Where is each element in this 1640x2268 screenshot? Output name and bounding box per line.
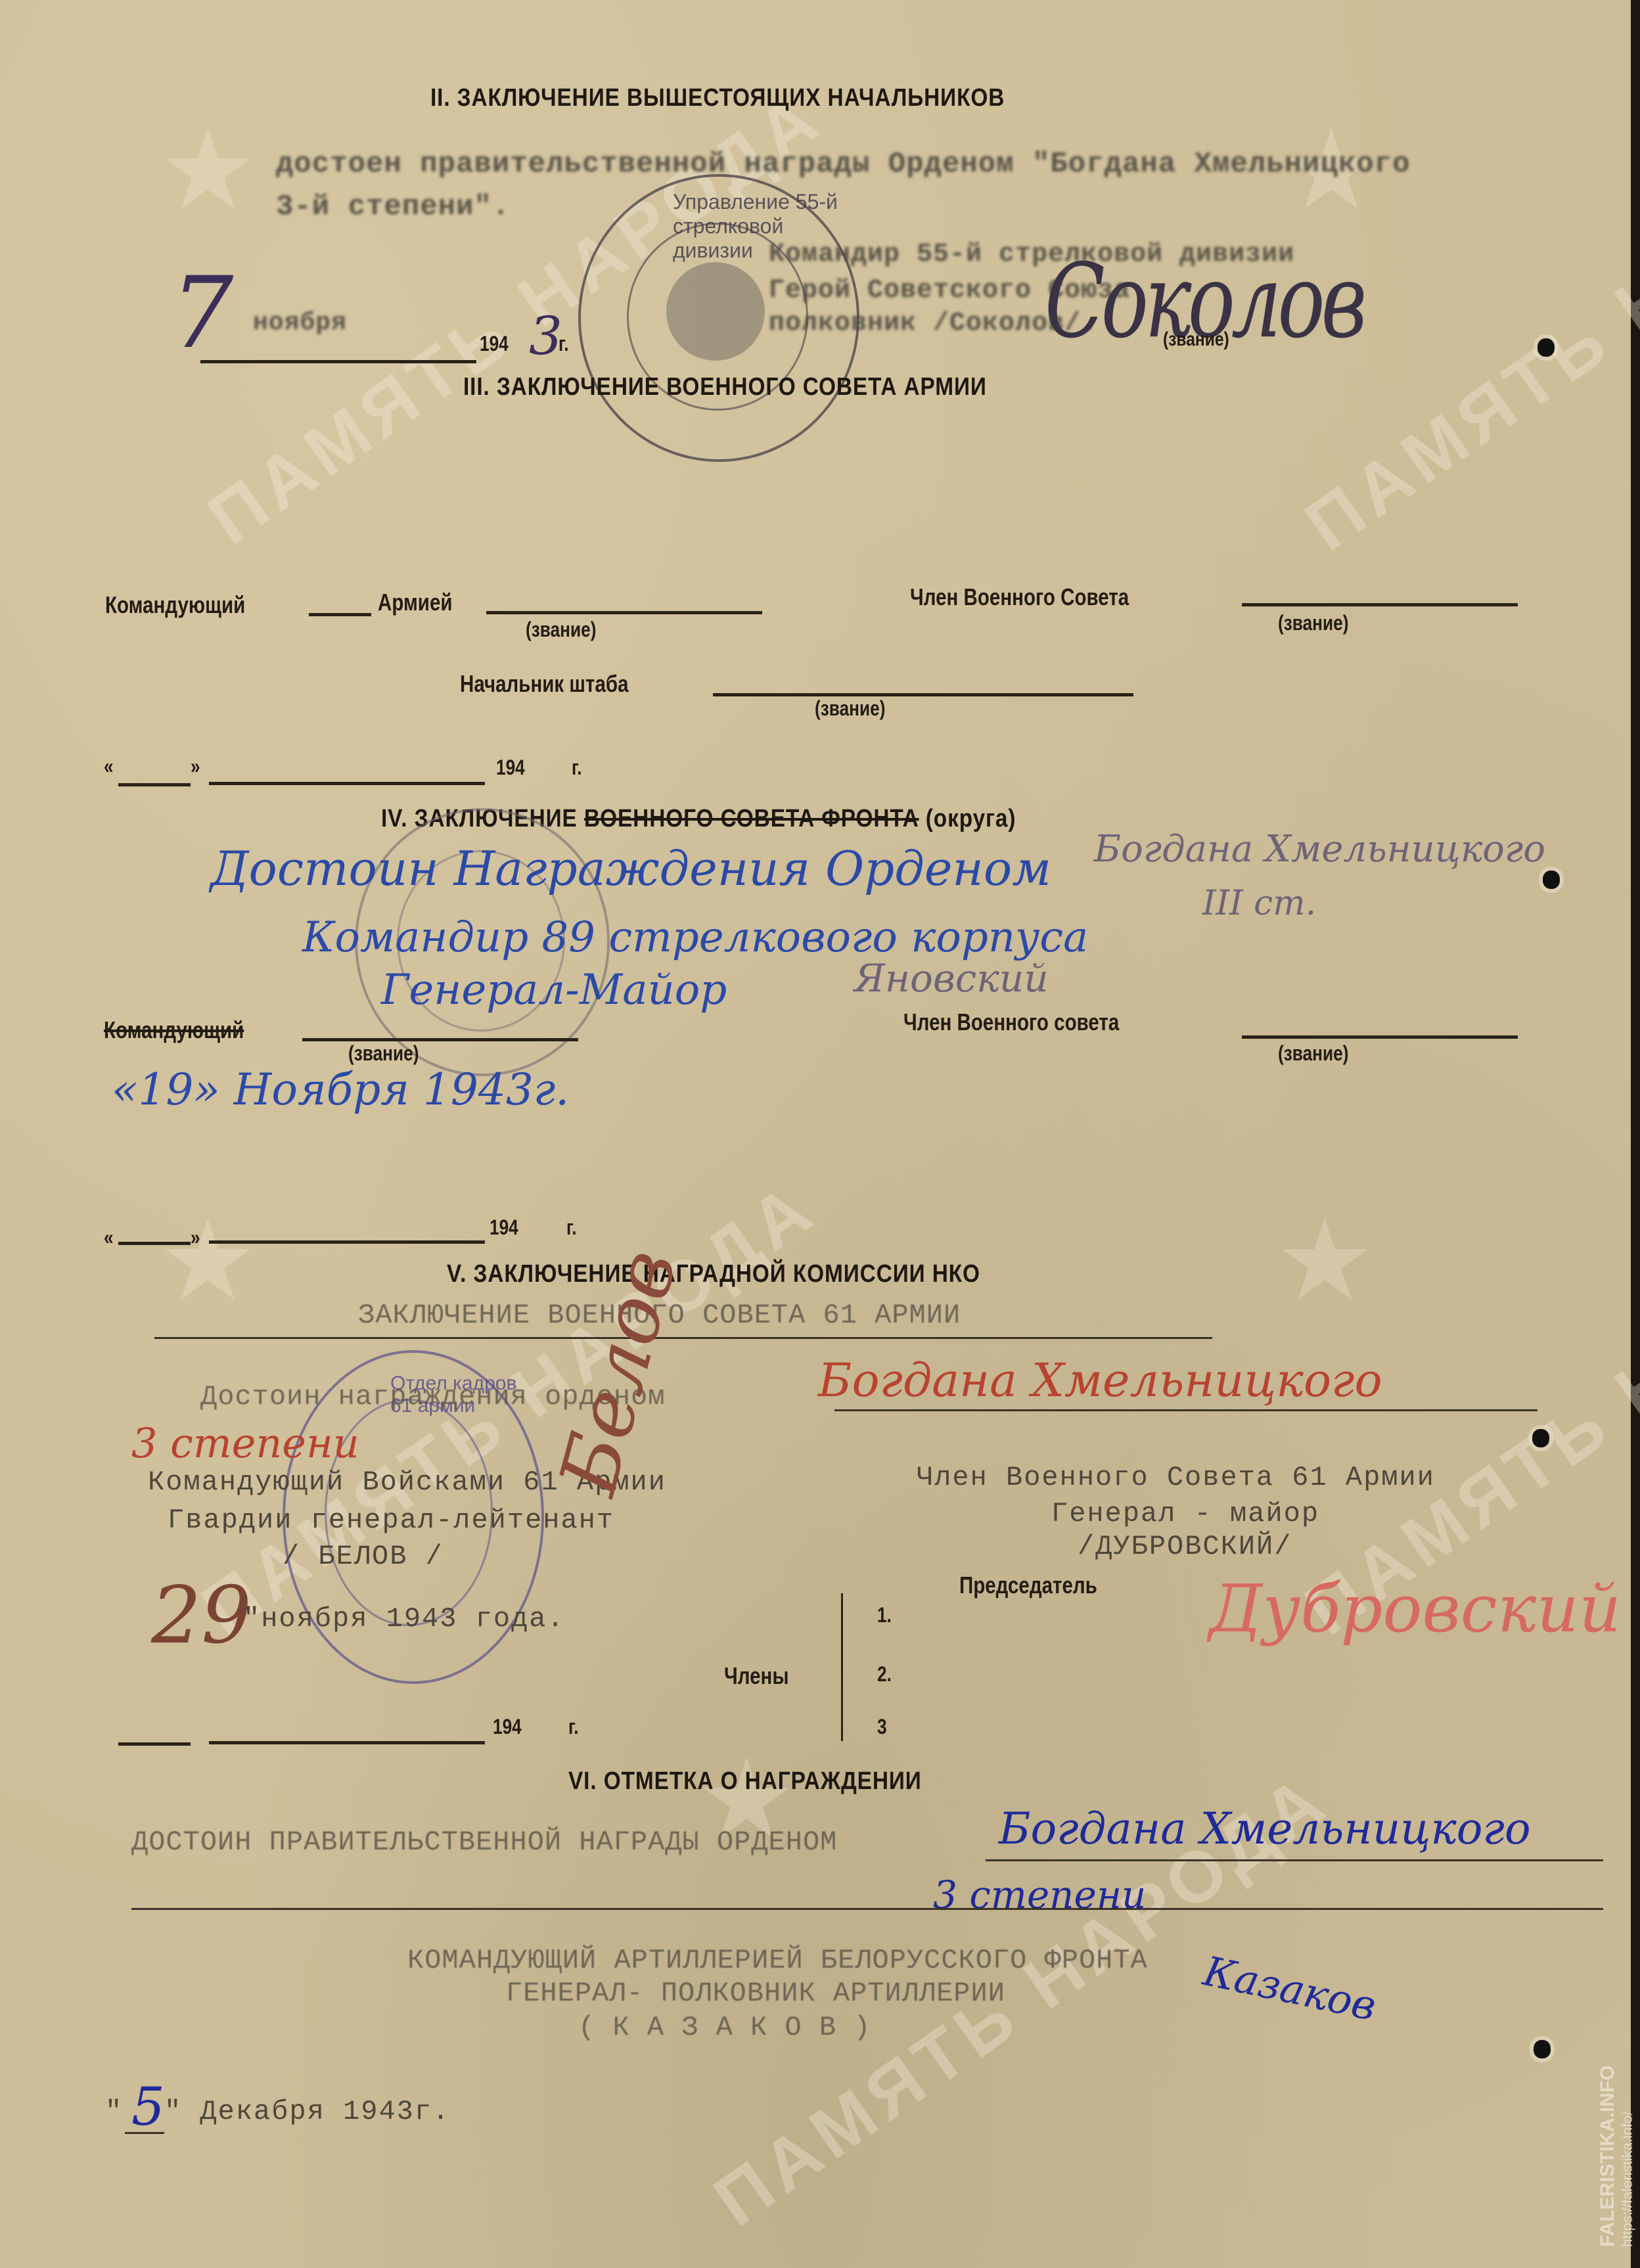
section-2-rank-label: (звание) — [1163, 329, 1229, 351]
section-4-hand-signature: Яновский — [854, 956, 1049, 1001]
date-close-quote: » — [191, 1225, 200, 1250]
rank-label: (звание) — [1278, 611, 1348, 635]
order-underline — [834, 1409, 1537, 1411]
section-5-signature-dubrovsky: Дубровский — [1209, 1570, 1621, 1647]
faleristika-url: https://faleristika.info/ — [1619, 2065, 1636, 2247]
stamp-text: Управление 55-й стрелковой дивизии — [673, 190, 857, 263]
section-5-hand-order: Богдана Хмельницкого — [818, 1353, 1382, 1407]
watermark-star-icon: ★ — [158, 1196, 258, 1326]
chief-of-staff-signature-line — [713, 693, 1133, 696]
section-4-hand-line3: Генерал-Майор — [381, 966, 727, 1014]
date-suffix: г. — [566, 1215, 577, 1240]
punch-hole — [1532, 1429, 1549, 1447]
section-6-typed-worthy: ДОСТОИН ПРАВИТЕЛЬСТВЕННОЙ НАГРАДЫ ОРДЕНО… — [131, 1826, 837, 1858]
section-5-left-signer-line3: / БЕЛОВ / — [283, 1541, 444, 1572]
section-4-hand-order-name: Богдана Хмельницкого — [1094, 828, 1545, 871]
chairman-label: Председатель — [959, 1572, 1097, 1599]
division-stamp: Управление 55-й стрелковой дивизии — [578, 174, 859, 462]
council-member-signature-line — [1242, 603, 1518, 606]
section-2-date-suffix: г. — [558, 332, 569, 356]
subheading-underline — [154, 1337, 1212, 1339]
watermark-star-icon: ★ — [1275, 1196, 1375, 1326]
section-5-right-signer-line1: Член Военного Совета 61 Армии — [917, 1462, 1435, 1493]
rank-label: (звание) — [815, 696, 885, 721]
members-bracket — [841, 1593, 843, 1741]
date-year: 194 — [496, 756, 525, 780]
date-open-quote: « — [104, 754, 114, 779]
section-2-date-day: 7 — [171, 256, 233, 371]
section-6-signer-line1: КОМАНДУЮЩИЙ АРТИЛЛЕРИЕЙ БЕЛОРУССКОГО ФРО… — [407, 1945, 1148, 1976]
section-6-signer-line3: ( К А З А К О В ) — [578, 2012, 871, 2043]
section-4-commander-label: Командующий — [104, 1016, 244, 1044]
chief-of-staff-label: Начальник штаба — [460, 670, 629, 698]
coat-of-arms-icon — [666, 262, 765, 361]
commander-signature-line — [486, 611, 762, 614]
council-member-label: Член Военного Совета — [910, 583, 1129, 611]
faleristika-watermark: FALERISTIKA.INFO https://faleristika.inf… — [1597, 2065, 1636, 2247]
section-5-right-signer-line2: Генерал - майор — [1051, 1498, 1319, 1530]
section-5-right-signer-line3: /ДУБРОВСКИЙ/ — [1078, 1531, 1292, 1562]
rank-label: (звание) — [348, 1041, 419, 1066]
army-label: Армией — [378, 589, 453, 616]
punch-hole — [1534, 2040, 1551, 2058]
date-close-quote: » — [191, 754, 200, 779]
section-4-hand-line1: Достоин Награждения Орденом — [210, 841, 1051, 896]
section-6-date-open: " — [105, 2096, 123, 2127]
date-day-line — [118, 1742, 191, 1746]
section-4-heading-struck: ВОЕННОГО СОВЕТА ФРОНТА — [584, 805, 919, 832]
section-5-hand-degree: 3 степени — [131, 1419, 359, 1467]
section-4-hand-line2: Командир 89 стрелкового корпуса — [302, 913, 1088, 962]
section-2-recommendation-line2: 3-й степени". — [276, 191, 510, 223]
army-number-line — [309, 613, 371, 616]
section-4-council-member-label: Член Военного совета — [903, 1009, 1119, 1036]
council-member-signature-line — [1242, 1035, 1518, 1039]
commander-signature-line — [302, 1038, 578, 1041]
section-6-typed-date: " Декабря 1943г. — [164, 2096, 450, 2127]
section-2-date-year-hand: 3 — [529, 306, 562, 367]
date-suffix: г. — [572, 756, 582, 780]
member-3-number: 3 — [877, 1715, 887, 1739]
date-day-line — [118, 1242, 191, 1245]
rank-label: (звание) — [526, 618, 596, 642]
section-4-hand-date: «19» Ноября 1943г. — [112, 1064, 569, 1115]
date-year: 194 — [490, 1215, 518, 1240]
section-5-left-signer-line2: Гвардии генерал-лейтенант — [168, 1505, 614, 1536]
section-5-hand-day: 29 — [151, 1570, 252, 1662]
date-month-line — [209, 1741, 485, 1744]
second-underline — [131, 1908, 1603, 1910]
members-label: Члены — [724, 1662, 789, 1690]
member-1-number: 1. — [877, 1603, 892, 1627]
section-6-signer-line2: ГЕНЕРАЛ- ПОЛКОВНИК АРТИЛЛЕРИИ — [506, 1978, 1005, 2009]
date-suffix: г. — [568, 1715, 579, 1739]
date-day-underline — [125, 2132, 164, 2134]
punch-hole — [1543, 871, 1560, 889]
section-6-hand-order: Богдана Хмельницкого — [999, 1803, 1531, 1854]
watermark-star-icon: ★ — [158, 105, 258, 235]
rank-label: (звание) — [1278, 1041, 1348, 1066]
date-open-quote: « — [104, 1225, 114, 1250]
section-2-date-year: 194 — [480, 332, 509, 356]
date-month-line — [209, 782, 485, 785]
section-6-hand-day: 5 — [131, 2076, 165, 2137]
section-5-heading: V. ЗАКЛЮЧЕНИЕ НАГРАДНОЙ КОМИССИИ НКО — [447, 1260, 980, 1288]
faleristika-brand: FALERISTIKA.INFO — [1597, 2065, 1619, 2247]
section-2-recommendation-line1: достоен правительственной награды Ордено… — [276, 148, 1410, 181]
date-underline — [200, 360, 476, 363]
section-6-heading: VI. ОТМЕТКА О НАГРАЖДЕНИИ — [568, 1767, 922, 1796]
order-underline — [986, 1859, 1603, 1861]
section-3-heading: III. ЗАКЛЮЧЕНИЕ ВОЕННОГО СОВЕТА АРМИИ — [463, 373, 987, 401]
section-2-heading: II. ЗАКЛЮЧЕНИЕ ВЫШЕСТОЯЩИХ НАЧАЛЬНИКОВ — [430, 84, 1005, 112]
section-5-typed-date: "ноября 1943 года. — [243, 1603, 565, 1635]
section-4-heading-tail: (округа) — [919, 805, 1016, 832]
section-2-date-month: ноября — [253, 309, 347, 337]
date-month-line — [209, 1240, 485, 1244]
section-4-hand-degree: III ст. — [1202, 884, 1316, 923]
section-6-hand-degree: 3 степени — [933, 1872, 1146, 1917]
member-2-number: 2. — [877, 1662, 892, 1687]
punch-hole — [1537, 338, 1555, 357]
section-6-signature: Казаков — [1199, 1947, 1380, 2030]
date-day-line — [118, 783, 191, 786]
date-year: 194 — [493, 1715, 522, 1739]
commander-label: Командующий — [105, 591, 245, 619]
